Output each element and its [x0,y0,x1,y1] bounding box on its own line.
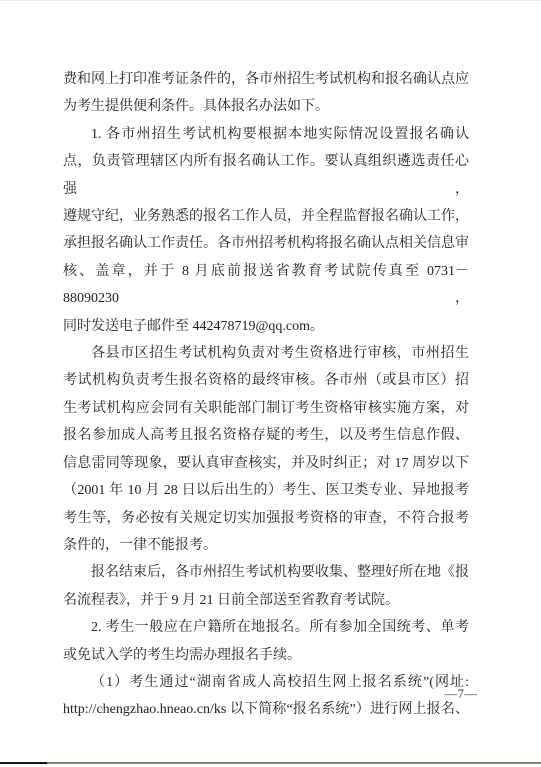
document-line: 承担报名确认工作责任。各市州招考机构将报名确认点相关信息审 [63,230,469,257]
document-line: 报名参加成人高考且报名资格存疑的考生，以及考生信息作假、 [63,422,469,449]
document-line: 信息雷同等现象，要认真审查核实，并及时纠正；对 17 周岁以下 [63,450,469,477]
document-line: 报名结束后，各市州招生考试机构要收集、整理好所在地《报 [63,559,469,586]
document-line: http://chengzhao.hneao.cn/ks 以下简称“报名系统”）… [63,696,469,723]
scan-edge-green-segment [47,762,541,764]
document-line: 考生等，务必按有关规定切实加强报考资格的审查，不符合报考 [63,505,469,532]
scan-edge-dark-segment [0,762,47,764]
document-line: （1）考生通过“湖南省成人高校招生网上报名系统”(网址: [63,669,469,696]
document-line: 核、盖章，并于 8 月底前报送省教育考试院传真至 0731－88090230， [63,258,469,313]
document-line: 遵规守纪，业务熟悉的报名工作人员，并全程监督报名确认工作， [63,203,469,230]
document-line: 生考试机构应会同有关职能部门制订考生资格审核实施方案，对 [63,395,469,422]
document-line: 点，负责管理辖区内所有报名确认工作。要认真组织遴选责任心强， [63,148,469,203]
document-line: （2001 年 10 月 28 日以后出生的）考生、医卫类专业、异地报考 [63,477,469,504]
document-line: 或免试入学的考生均需办理报名手续。 [63,642,469,669]
document-line: 名流程表》，并于 9 月 21 日前全部送至省教育考试院。 [63,587,469,614]
scan-bottom-edge-line [0,762,541,764]
document-page: 费和网上打印准考证条件的，各市州招生考试机构和报名确认点应为考生提供便利条件。具… [0,0,541,767]
document-text-block: 费和网上打印准考证条件的，各市州招生考试机构和报名确认点应为考生提供便利条件。具… [63,66,469,724]
document-line: 各县市区招生考试机构负责对考生资格进行审核，市州招生 [63,340,469,367]
document-line: 考试机构负责考生报名资格的最终审核。各市州（或县市区）招 [63,367,469,394]
document-line: 为考生提供便利条件。具体报名办法如下。 [63,93,469,120]
page-number: —7— [436,687,486,702]
document-line: 同时发送电子邮件至 442478719@qq.com。 [63,313,469,340]
document-line: 条件的，一律不能报考。 [63,532,469,559]
scan-top-edge-line [0,0,541,1]
document-line: 2. 考生一般应在户籍所在地报名。所有参加全国统考、单考 [63,614,469,641]
document-line: 费和网上打印准考证条件的，各市州招生考试机构和报名确认点应 [63,66,469,93]
document-line: 1. 各市州招生考试机构要根据本地实际情况设置报名确认 [63,121,469,148]
